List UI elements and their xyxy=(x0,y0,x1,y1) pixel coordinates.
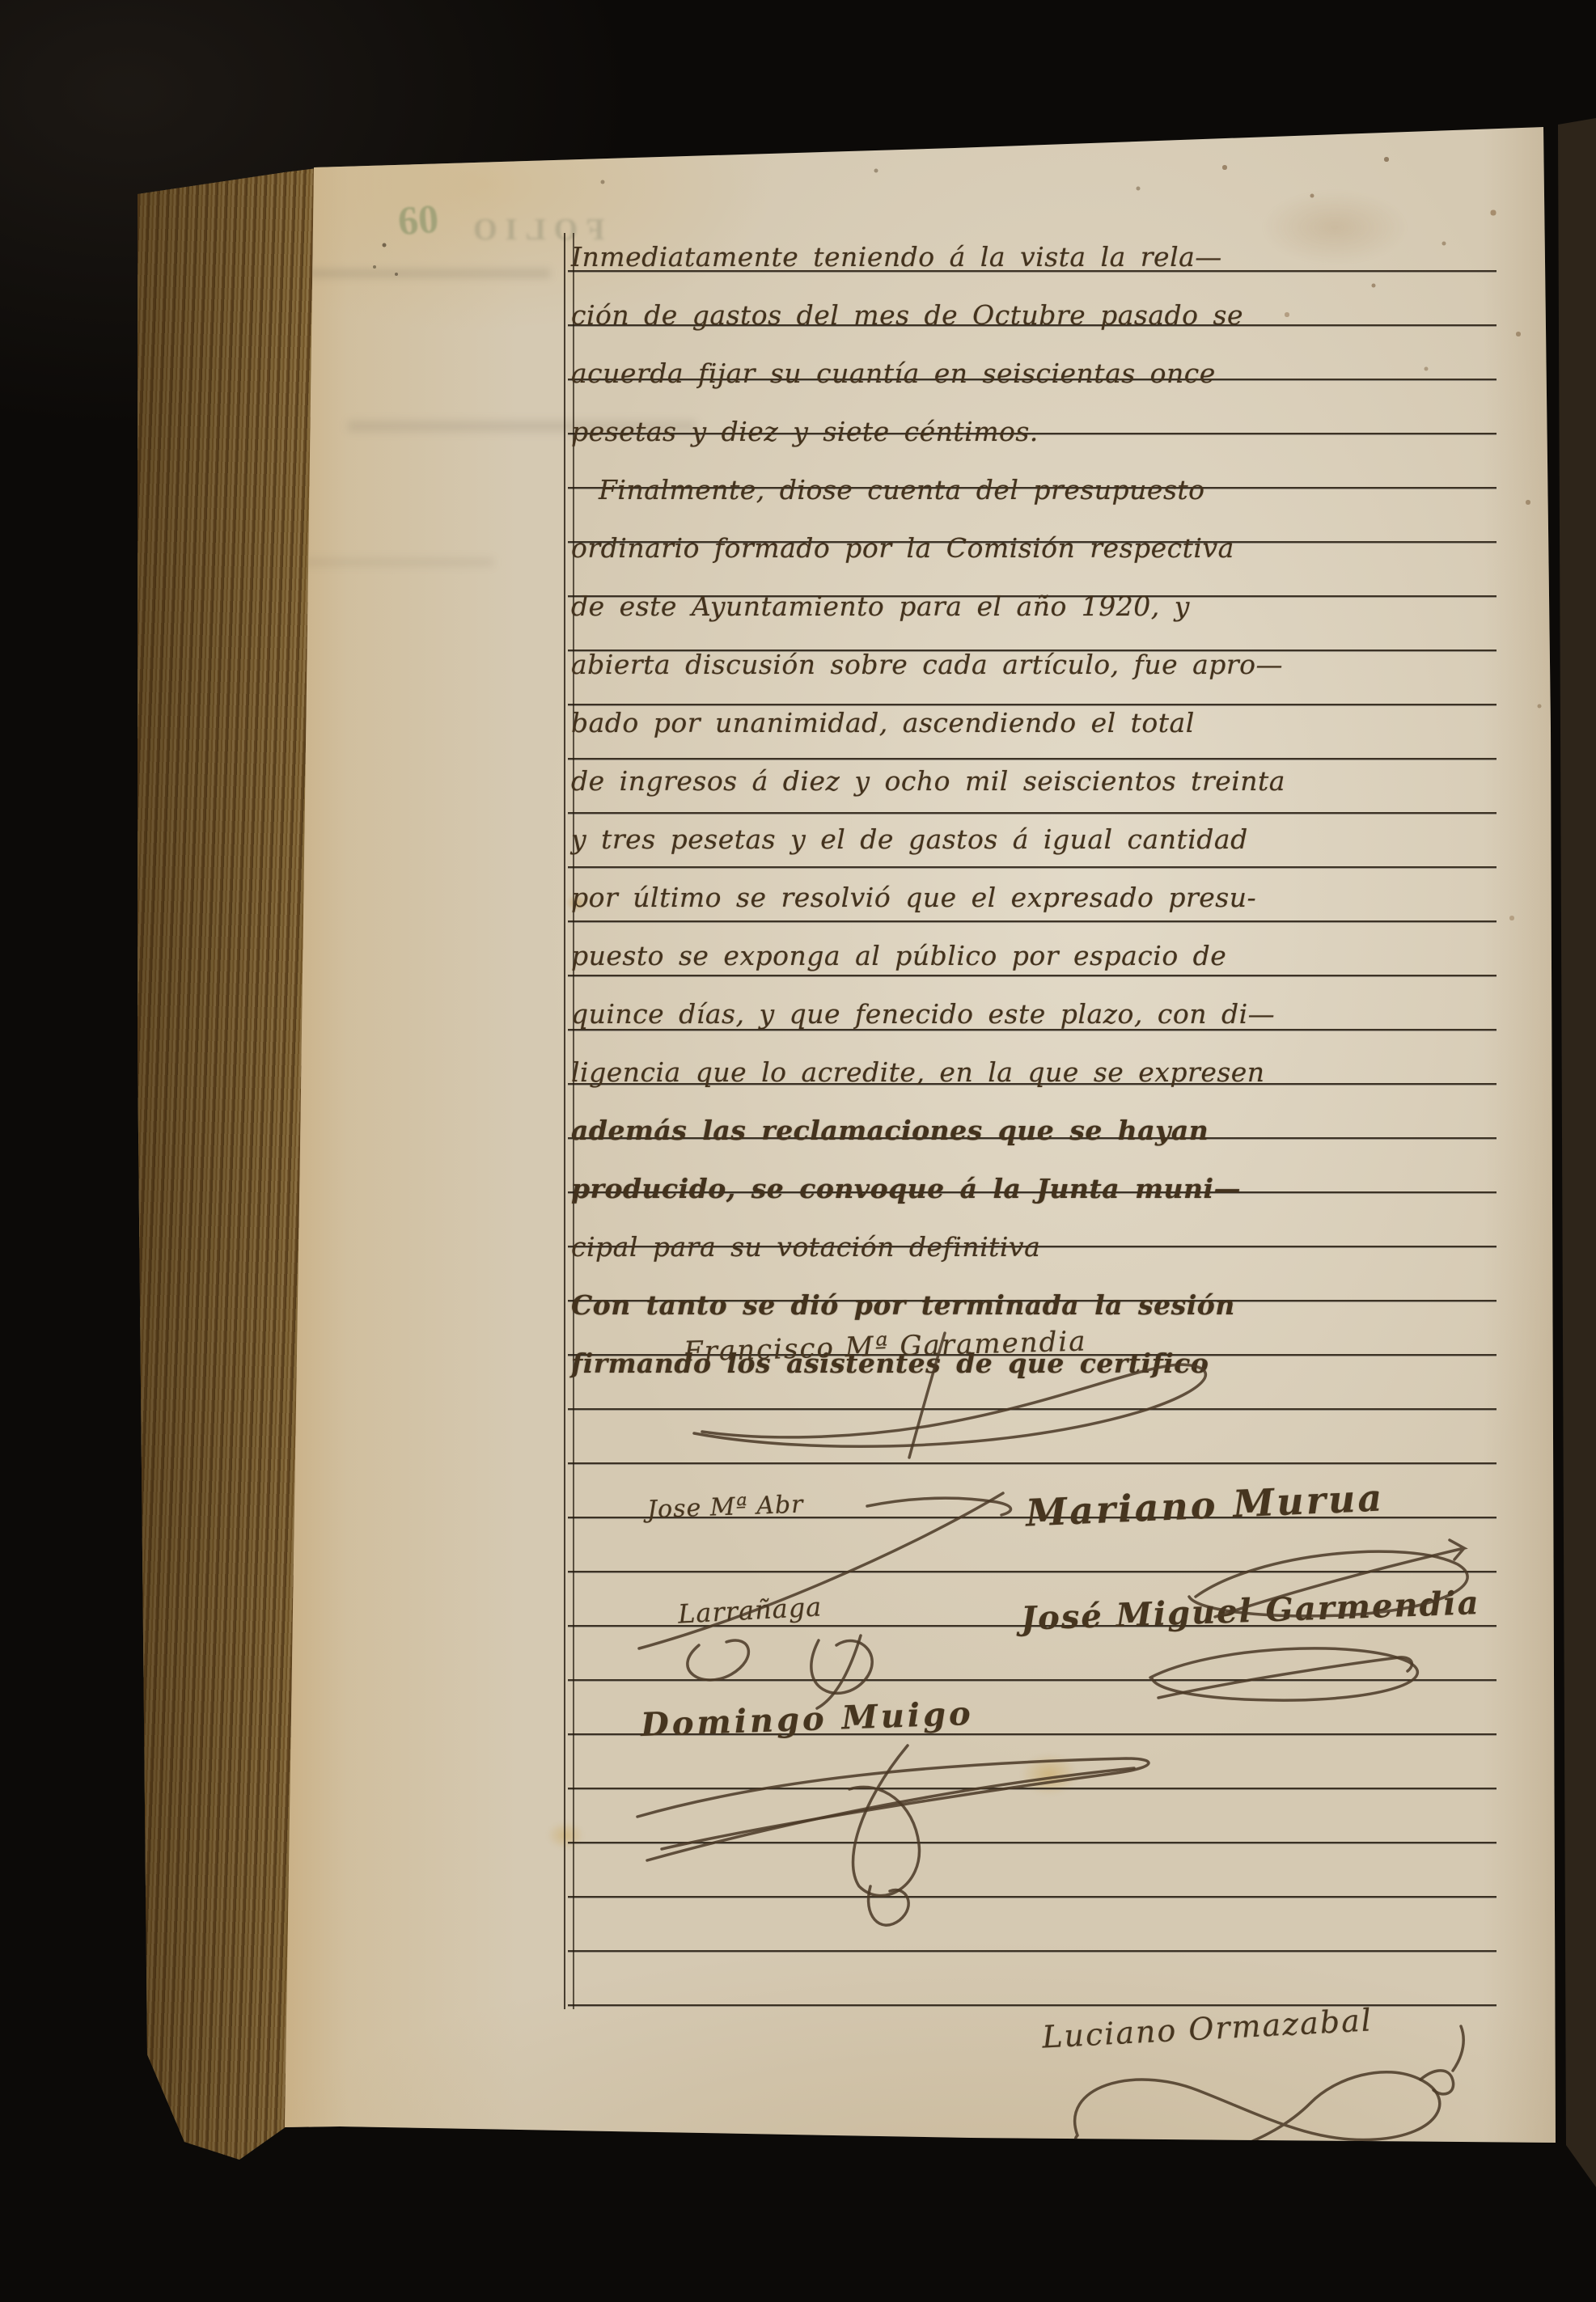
rubric-larranaga xyxy=(688,1636,872,1708)
manuscript-line: además las reclamaciones que se hayan xyxy=(571,1092,1509,1150)
foxing-speckles xyxy=(0,0,2,2)
manuscript-line: por último se resolvió que el expresado … xyxy=(571,859,1509,917)
manuscript-line: cipal para su votación definitiva xyxy=(571,1208,1509,1267)
signature-jose-m: Jose Mª Abr xyxy=(646,1491,804,1525)
manuscript-line: Finalmente, diose cuenta del presupuesto xyxy=(571,451,1509,510)
rubric-domingo xyxy=(637,1746,1149,1925)
manuscript-line: abierta discusión sobre cada artículo, f… xyxy=(571,626,1509,684)
signature-larranaga: Larrañaga xyxy=(677,1591,823,1629)
manuscript-line: Inmediatamente teniendo á la vista la re… xyxy=(571,218,1509,277)
rubric-jose-miguel xyxy=(1150,1648,1417,1700)
manuscript-line: Con tanto se dió por terminada la sesión xyxy=(571,1267,1509,1325)
manuscript-line: de ingresos á diez y ocho mil seisciento… xyxy=(571,743,1509,801)
folio-number-ghost: 60 xyxy=(396,194,440,243)
manuscript-line: acuerda fijar su cuantía en seiscientas … xyxy=(571,335,1509,393)
manuscript-line: y tres pesetas y el de gastos á igual ca… xyxy=(571,801,1509,859)
manuscript-line: bado por unanimidad, ascendiendo el tota… xyxy=(571,684,1509,743)
manuscript-line: ordinario formado por la Comisión respec… xyxy=(571,510,1509,568)
photograph-background: FOLIO 60 Inmediatamente teniendo á la vi… xyxy=(0,0,1596,2302)
signature-luciano-ormazabal: Luciano Ormazabal xyxy=(1041,2002,1374,2054)
manuscript-text-block: Inmediatamente teniendo á la vista la re… xyxy=(571,218,1509,1383)
manuscript-line: pesetas y diez y siete céntimos. xyxy=(571,393,1509,451)
paper-stain xyxy=(547,1822,584,1849)
signature-domingo: Domingo Muigo xyxy=(640,1695,974,1744)
paper-stain xyxy=(1021,1754,1077,1796)
manuscript-line: ción de gastos del mes de Octubre pasado… xyxy=(571,277,1509,335)
manuscript-line: puesto se exponga al público por espacio… xyxy=(571,917,1509,975)
manuscript-line: de este Ayuntamiento para el año 1920, y xyxy=(571,568,1509,626)
manuscript-line: ligencia que lo acredite, en la que se e… xyxy=(571,1034,1509,1092)
manuscript-line: producido, se convoque á la Junta muni— xyxy=(571,1150,1509,1208)
signature-jose-miguel-garmendia: José Miguel Garmendia xyxy=(1020,1584,1480,1638)
manuscript-line: quince días, y que fenecido este plazo, … xyxy=(571,975,1509,1034)
signature-mariano-murua: Mariano Murua xyxy=(1025,1475,1385,1534)
